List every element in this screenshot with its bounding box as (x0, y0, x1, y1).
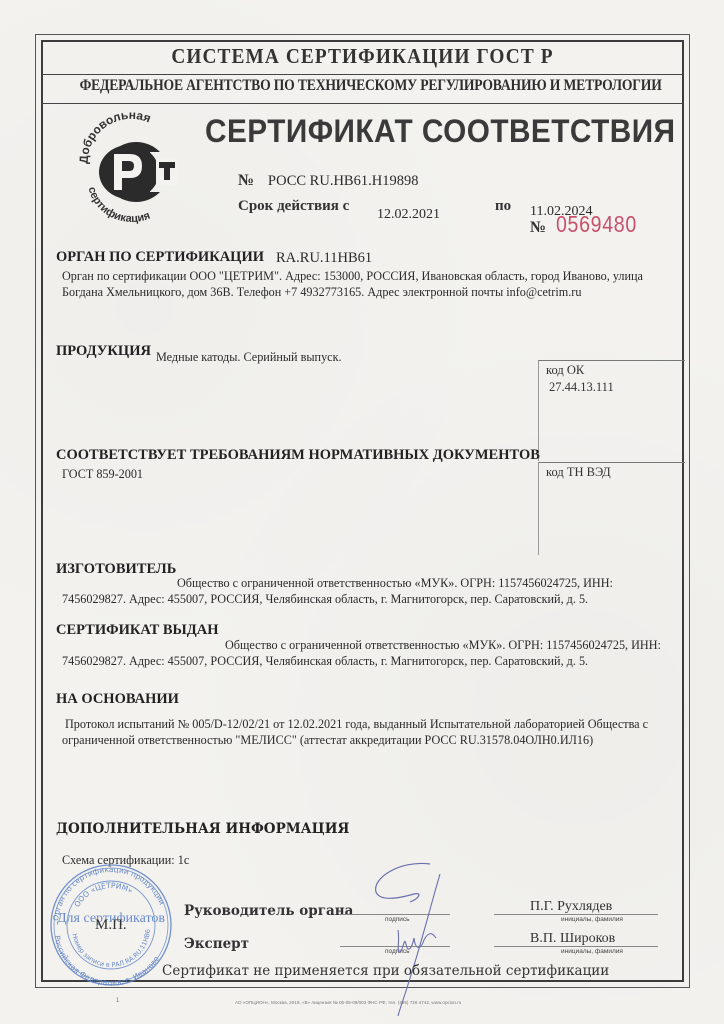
certificate-number: № РОСС RU.НВ61.Н19898 (238, 172, 418, 190)
signature-role-head: Руководитель органа (184, 903, 353, 919)
ok-code-value: 27.44.13.111 (549, 380, 614, 395)
name-caption-head: инициалы, фамилия (561, 916, 623, 923)
additional-info-heading: ДОПОЛНИТЕЛЬНАЯ ИНФОРМАЦИЯ (56, 821, 349, 837)
system-title: СИСТЕМА СЕРТИФИКАЦИИ ГОСТ Р (67, 44, 659, 69)
product-heading: ПРОДУКЦИЯ (56, 343, 151, 360)
certification-body-line-1: Орган по сертификации ООО "ЦЕТРИМ". Адре… (62, 268, 643, 284)
footer-mark: 1 (116, 998, 119, 1004)
header-divider (41, 74, 684, 75)
valid-to-label: по (495, 198, 511, 215)
valid-from-date: 12.02.2021 (377, 207, 440, 223)
footer-print-info: АО «ОПЦИОН», Москва, 2019, «В» лицензия … (235, 1000, 461, 1005)
validity-label: Срок действия с (238, 198, 349, 215)
manufacturer-line-1: Общество с ограниченной ответственностью… (177, 575, 613, 591)
certification-body-heading: ОРГАН ПО СЕРТИФИКАЦИИ (56, 249, 264, 266)
number-sign: № (238, 172, 254, 189)
signer-name-head: П.Г. Рухлядев (530, 899, 612, 915)
header-divider-2 (41, 103, 684, 104)
tn-ved-label: код ТН ВЭД (546, 465, 611, 480)
serial-number-sign: № (530, 219, 546, 237)
signer-name-expert: В.П. Широков (530, 931, 615, 947)
manufacturer-line-2: 7456029827. Адрес: 455007, РОССИЯ, Челяб… (62, 591, 588, 607)
issued-to-line-2: 7456029827. Адрес: 455007, РОССИЯ, Челяб… (62, 653, 588, 669)
certification-body-line-2: Богдана Хмельницкого, дом 36В. Телефон +… (62, 284, 581, 300)
voluntary-only-note: Сертификат не применяется при обязательн… (162, 963, 609, 979)
rst-logo-icon: Добровольная сертификация (76, 112, 186, 218)
manufacturer-heading: ИЗГОТОВИТЕЛЬ (56, 561, 176, 578)
certification-body-code: RA.RU.11НВ61 (276, 250, 372, 267)
certificate-number-value: РОСС RU.НВ61.Н19898 (268, 173, 419, 189)
signature-role-expert: Эксперт (184, 936, 249, 952)
issued-to-heading: СЕРТИФИКАТ ВЫДАН (56, 622, 219, 639)
stamp-place-label: М.П. (95, 917, 127, 934)
certificate-title: СЕРТИФИКАТ СООТВЕТСТВИЯ (205, 113, 675, 150)
name-caption-expert: инициалы, фамилия (561, 948, 623, 955)
issued-to-line-1: Общество с ограниченной ответственностью… (225, 637, 661, 653)
agency-title: ФЕДЕРАЛЬНОЕ АГЕНТСТВО ПО ТЕХНИЧЕСКОМУ РЕ… (80, 77, 646, 95)
conformity-standard: ГОСТ 859-2001 (62, 466, 143, 482)
ok-code-label: код ОК (546, 363, 584, 378)
handwritten-signature-icon (360, 858, 470, 1018)
basis-line-1: Протокол испытаний № 005/D-12/02/21 от 1… (65, 716, 648, 732)
product-text: Медные катоды. Серийный выпуск. (156, 349, 342, 365)
basis-heading: НА ОСНОВАНИИ (56, 691, 179, 708)
conformity-heading: СООТВЕТСТВУЕТ ТРЕБОВАНИЯМ НОРМАТИВНЫХ ДО… (56, 447, 540, 464)
basis-line-2: ограниченной ответственностью "МЕЛИСС" (… (62, 732, 593, 748)
svg-text:ООО «ЦЕТРИМ»: ООО «ЦЕТРИМ» (72, 881, 134, 909)
serial-number: 0569480 (556, 211, 637, 238)
